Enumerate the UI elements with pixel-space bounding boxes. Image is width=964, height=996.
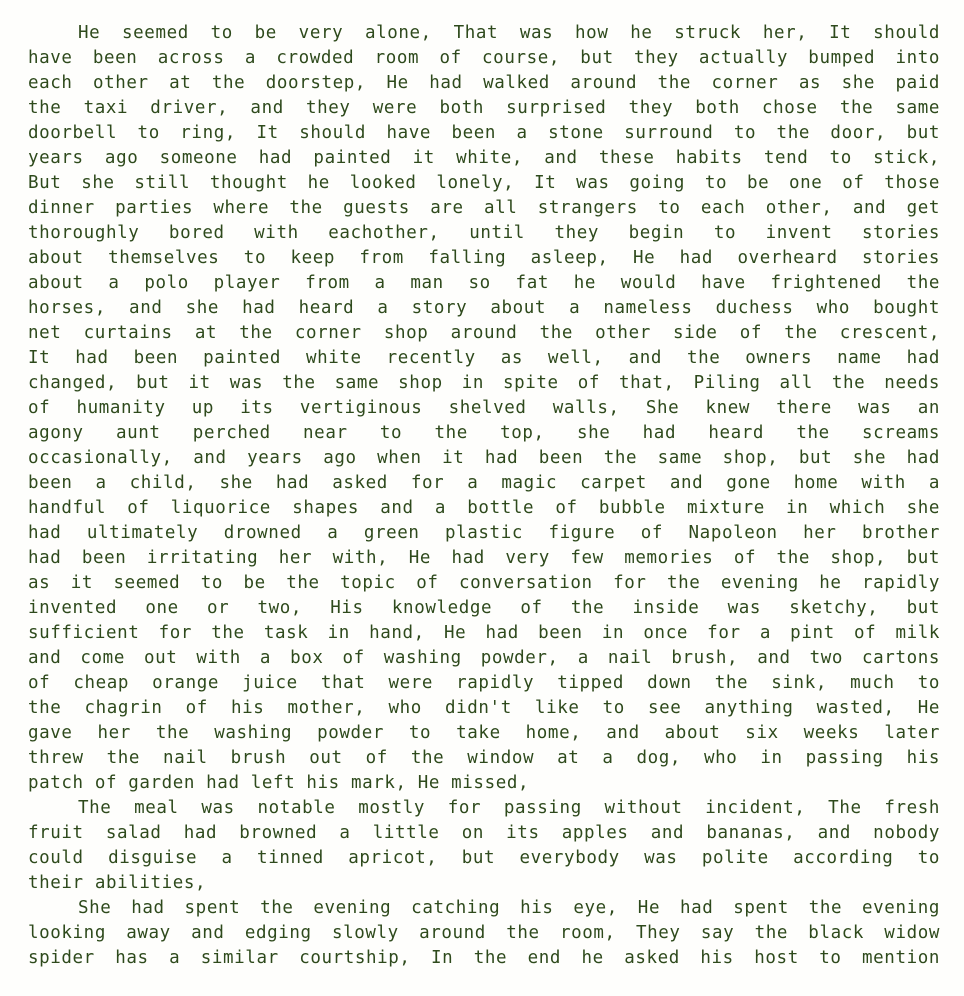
text-line: She had spent the evening catching his e… [28, 896, 940, 921]
text-line: their abilities, [28, 871, 940, 896]
text-line: It had been painted white recently as we… [28, 346, 940, 371]
text-line: about a polo player from a man so fat he… [28, 271, 940, 296]
text-line: horses, and she had heard a story about … [28, 296, 940, 321]
text-line: handful of liquorice shapes and a bottle… [28, 496, 940, 521]
text-line: sufficient for the task in hand, He had … [28, 621, 940, 646]
text-line: threw the nail brush out of the window a… [28, 746, 940, 771]
text-line: gave her the washing powder to take home… [28, 721, 940, 746]
text-line: spider has a similar courtship, In the e… [28, 946, 940, 971]
text-line: each other at the doorstep, He had walke… [28, 71, 940, 96]
document-page: He seemed to be very alone, That was how… [0, 0, 964, 996]
text-line: of humanity up its vertiginous shelved w… [28, 396, 940, 421]
text-line: have been across a crowded room of cours… [28, 46, 940, 71]
text-line: agony aunt perched near to the top, she … [28, 421, 940, 446]
text-line: looking away and edging slowly around th… [28, 921, 940, 946]
text-line: the taxi driver, and they were both surp… [28, 96, 940, 121]
text-line: the chagrin of his mother, who didn't li… [28, 696, 940, 721]
text-line: But she still thought he looked lonely, … [28, 171, 940, 196]
text-line: had ultimately drowned a green plastic f… [28, 521, 940, 546]
text-line: had been irritating her with, He had ver… [28, 546, 940, 571]
text-line: The meal was notable mostly for passing … [28, 796, 940, 821]
text-line: thoroughly bored with eachother, until t… [28, 221, 940, 246]
text-line: doorbell to ring, It should have been a … [28, 121, 940, 146]
text-line: as it seemed to be the topic of conversa… [28, 571, 940, 596]
text-line: occasionally, and years ago when it had … [28, 446, 940, 471]
text-line: could disguise a tinned apricot, but eve… [28, 846, 940, 871]
text-line: been a child, she had asked for a magic … [28, 471, 940, 496]
text-line: changed, but it was the same shop in spi… [28, 371, 940, 396]
text-line: fruit salad had browned a little on its … [28, 821, 940, 846]
text-line: patch of garden had left his mark, He mi… [28, 771, 940, 796]
text-line: invented one or two, His knowledge of th… [28, 596, 940, 621]
document-body: He seemed to be very alone, That was how… [28, 21, 940, 971]
text-line: about themselves to keep from falling as… [28, 246, 940, 271]
text-line: years ago someone had painted it white, … [28, 146, 940, 171]
text-line: and come out with a box of washing powde… [28, 646, 940, 671]
text-line: of cheap orange juice that were rapidly … [28, 671, 940, 696]
text-line: He seemed to be very alone, That was how… [28, 21, 940, 46]
text-line: dinner parties where the guests are all … [28, 196, 940, 221]
text-line: net curtains at the corner shop around t… [28, 321, 940, 346]
